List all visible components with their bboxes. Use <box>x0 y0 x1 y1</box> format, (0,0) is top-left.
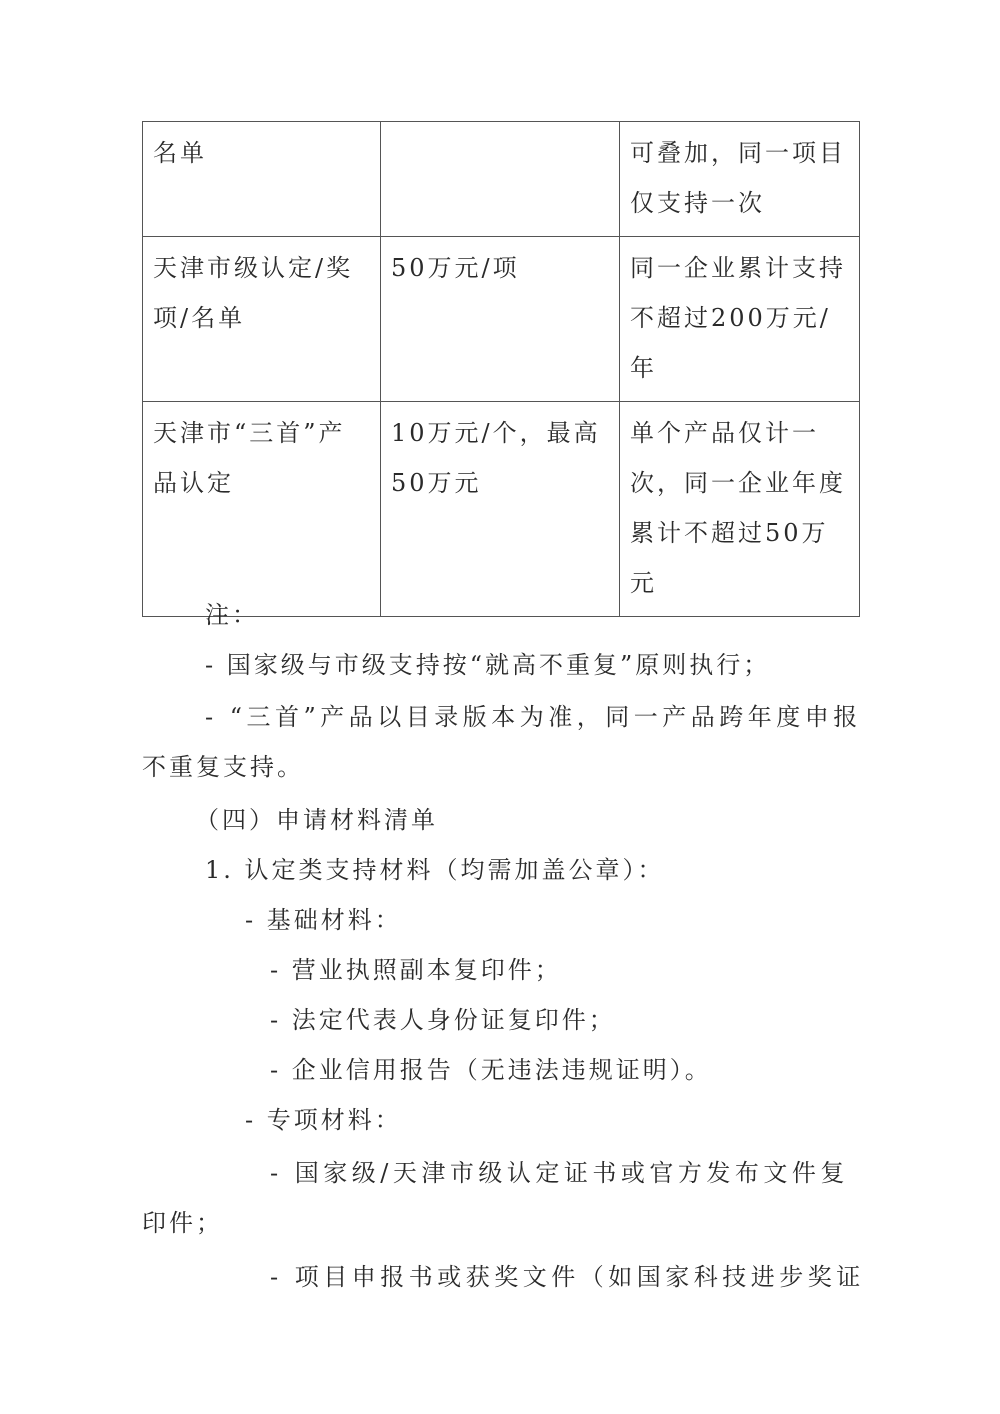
table-cell-amount: 50万元/项 <box>381 237 620 402</box>
table-cell-note: 可叠加，同一项目仅支持一次 <box>620 122 860 237</box>
notes-heading: 注： <box>205 600 259 630</box>
support-policy-table: 名单 可叠加，同一项目仅支持一次 天津市级认定/奖项/名单 50万元/项 同一企… <box>142 121 860 617</box>
basic-material-item: - 企业信用报告（无违法违规证明）。 <box>270 1055 712 1085</box>
table-row: 天津市“三首”产品认定 10万元/个，最高50万元 单个产品仅计一次，同一企业年… <box>143 402 860 617</box>
special-material-item-continuation: 印件； <box>142 1208 223 1238</box>
list-item-1: 1. 认定类支持材料（均需加盖公章）： <box>205 855 665 885</box>
table-row: 天津市级认定/奖项/名单 50万元/项 同一企业累计支持不超过200万元/年 <box>143 237 860 402</box>
basic-material-item: - 营业执照副本复印件； <box>270 955 562 985</box>
section-heading: （四）申请材料清单 <box>195 805 438 835</box>
document-page: 名单 可叠加，同一项目仅支持一次 天津市级认定/奖项/名单 50万元/项 同一企… <box>0 0 1000 1414</box>
table-row: 名单 可叠加，同一项目仅支持一次 <box>143 122 860 237</box>
basic-materials-label: - 基础材料： <box>245 905 402 935</box>
table-cell-note: 单个产品仅计一次，同一企业年度累计不超过50万元 <box>620 402 860 617</box>
basic-material-item: - 法定代表人身份证复印件； <box>270 1005 616 1035</box>
special-material-item: - 项目申报书或获奖文件（如国家科技进步奖证 <box>270 1262 865 1292</box>
table-cell-item: 天津市级认定/奖项/名单 <box>143 237 381 402</box>
table-cell-item: 名单 <box>143 122 381 237</box>
note-item: - “三首”产品以目录版本为准，同一产品跨年度申报 <box>205 702 862 732</box>
table-cell-amount: 10万元/个，最高50万元 <box>381 402 620 617</box>
special-materials-label: - 专项材料： <box>245 1105 402 1135</box>
table-cell-item: 天津市“三首”产品认定 <box>143 402 381 617</box>
special-material-item: - 国家级/天津市级认定证书或官方发布文件复 <box>270 1158 849 1188</box>
note-item-continuation: 不重复支持。 <box>142 752 304 782</box>
table-cell-amount <box>381 122 620 237</box>
note-item: - 国家级与市级支持按“就高不重复”原则执行； <box>205 650 770 680</box>
table-cell-note: 同一企业累计支持不超过200万元/年 <box>620 237 860 402</box>
